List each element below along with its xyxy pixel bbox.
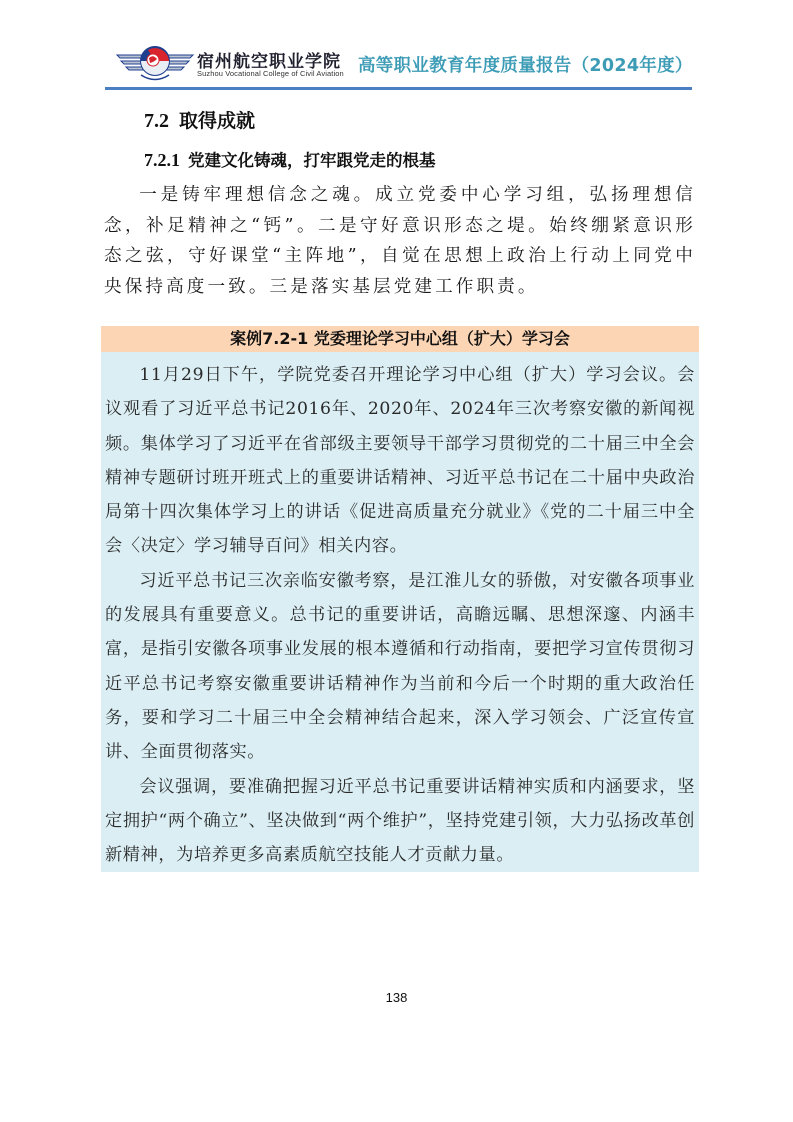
subsection-heading: 7.2.1党建文化铸魂，打牢跟党走的根基	[144, 147, 436, 171]
section-heading: 7.2取得成就	[144, 106, 255, 133]
case-paragraph: 会议强调，要准确把握习近平总书记重要讲话精神实质和内涵要求，坚定拥护“两个确立”…	[105, 770, 695, 873]
college-name-en: Suzhou Vocational College of Civil Aviat…	[197, 69, 344, 78]
subsection-title: 党建文化铸魂，打牢跟党走的根基	[188, 151, 436, 170]
page-number: 138	[0, 990, 793, 1005]
page-header: 宿州航空职业学院 Suzhou Vocational College of Ci…	[105, 40, 692, 92]
winged-emblem-icon	[115, 42, 195, 84]
intro-paragraph: 一是铸牢理想信念之魂。成立党委中心学习组，弘扬理想信念，补足精神之“钙”。二是守…	[104, 180, 696, 302]
header-divider	[105, 87, 692, 90]
report-title: 高等职业教育年度质量报告（2024年度）	[358, 52, 693, 77]
subsection-number: 7.2.1	[144, 150, 180, 170]
section-number: 7.2	[144, 110, 169, 132]
case-paragraph: 习近平总书记三次亲临安徽考察，是江淮儿女的骄傲，对安徽各项事业的发展具有重要意义…	[105, 564, 695, 770]
section-title: 取得成就	[179, 110, 255, 132]
case-body: 11月29日下午，学院党委召开理论学习中心组（扩大）学习会议。会议观看了习近平总…	[101, 352, 699, 872]
case-paragraph: 11月29日下午，学院党委召开理论学习中心组（扩大）学习会议。会议观看了习近平总…	[105, 358, 695, 564]
case-study-box: 案例7.2-1 党委理论学习中心组（扩大）学习会 11月29日下午，学院党委召开…	[101, 326, 699, 872]
case-title: 案例7.2-1 党委理论学习中心组（扩大）学习会	[101, 326, 699, 352]
